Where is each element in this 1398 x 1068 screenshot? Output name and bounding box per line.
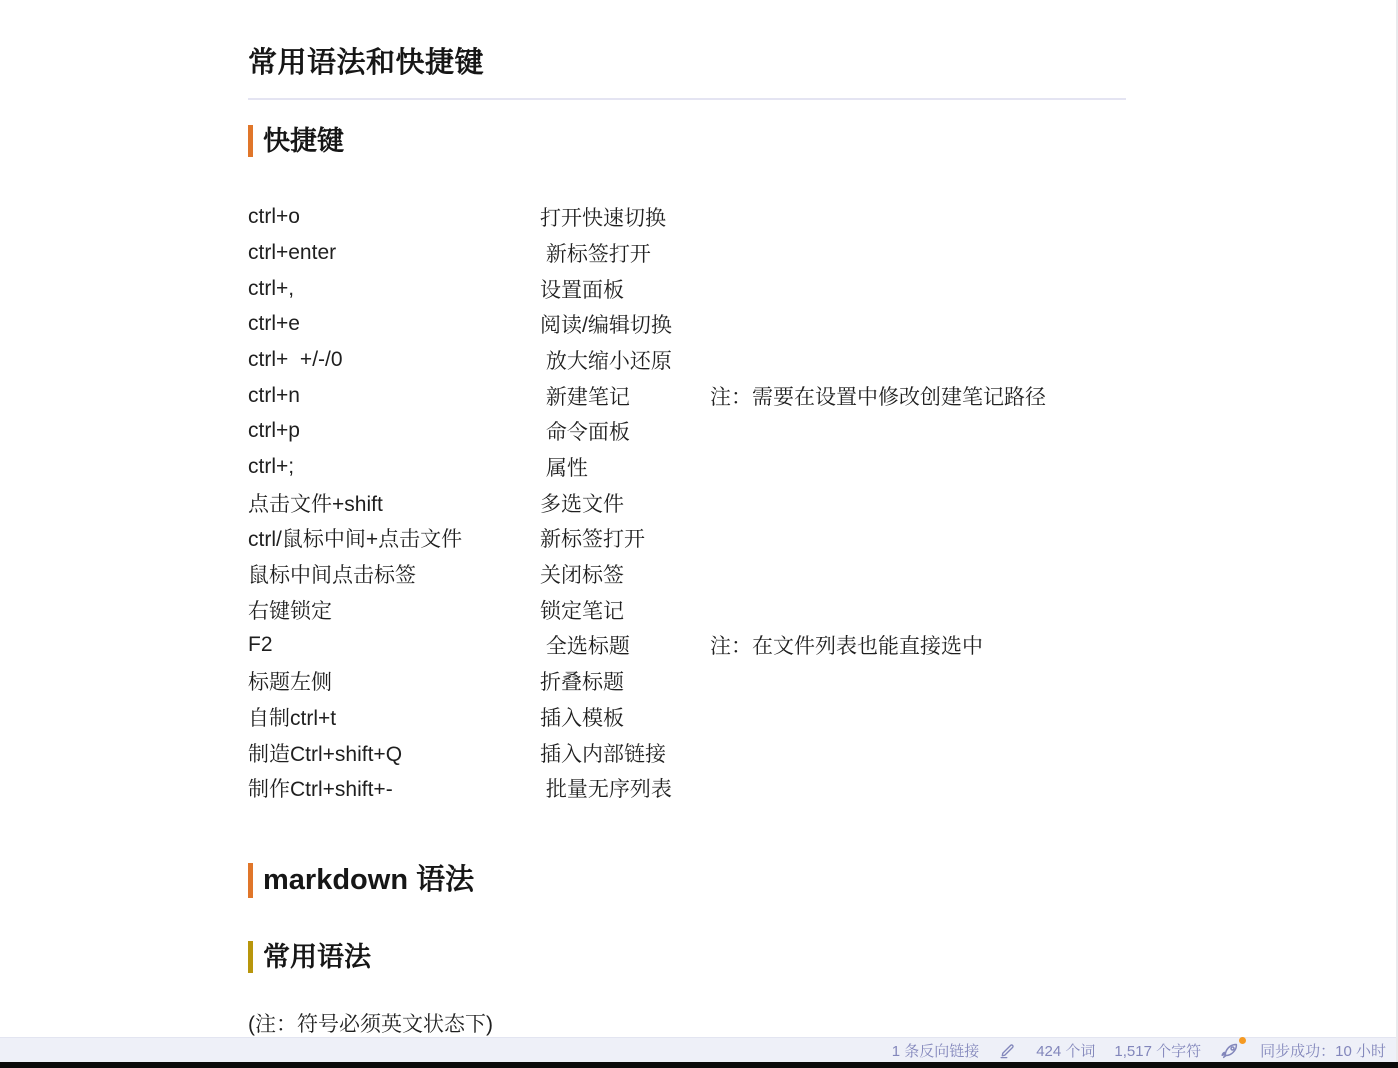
shortcut-keys: ctrl/鼠标中间+点击文件 <box>248 523 540 553</box>
shortcut-row: ctrl+enter 新标签打开 <box>248 235 1126 271</box>
shortcut-row: ctrl+; 属性 <box>248 449 1126 485</box>
shortcut-row: 标题左侧折叠标题 <box>248 663 1126 699</box>
shortcut-row: 点击文件+shift多选文件 <box>248 485 1126 521</box>
shortcut-keys: F2 <box>248 633 540 657</box>
rocket-icon[interactable] <box>1220 1040 1241 1061</box>
shortcut-action: 新标签打开 <box>540 238 710 268</box>
shortcut-action: 批量无序列表 <box>540 773 710 803</box>
shortcut-action: 全选标题 <box>540 630 710 660</box>
shortcut-action: 关闭标签 <box>540 559 710 589</box>
backlink-count[interactable]: 1 条反向链接 <box>892 1040 980 1061</box>
window-bottom-edge <box>0 1062 1398 1068</box>
shortcut-row: ctrl+p 命令面板 <box>248 414 1126 450</box>
shortcut-note: 注：需要在设置中修改创建笔记路径 <box>710 381 1126 411</box>
shortcut-action: 打开快速切换 <box>540 202 710 232</box>
syntax-note: (注：符号必须英文状态下) <box>248 1008 1126 1038</box>
shortcut-action: 命令面板 <box>540 416 710 446</box>
shortcut-list: ctrl+o打开快速切换 ctrl+enter 新标签打开 ctrl+,设置面板… <box>248 199 1126 806</box>
shortcut-note: 注：在文件列表也能直接选中 <box>710 630 1126 660</box>
shortcut-row: 制作Ctrl+shift+- 批量无序列表 <box>248 770 1126 806</box>
shortcut-row: ctrl+o打开快速切换 <box>248 199 1126 235</box>
shortcut-keys: 制造Ctrl+shift+Q <box>248 738 540 768</box>
page-title: 常用语法和快捷键 <box>248 40 1126 81</box>
shortcut-action: 插入模板 <box>540 702 710 732</box>
shortcut-row: ctrl/鼠标中间+点击文件新标签打开 <box>248 521 1126 557</box>
shortcut-row: 鼠标中间点击标签关闭标签 <box>248 556 1126 592</box>
shortcut-action: 阅读/编辑切换 <box>540 309 710 339</box>
title-divider <box>248 98 1126 100</box>
shortcut-action: 新建笔记 <box>540 381 710 411</box>
char-count: 1,517 个字符 <box>1114 1040 1201 1061</box>
shortcut-keys: ctrl+p <box>248 419 540 443</box>
pencil-icon[interactable] <box>998 1041 1017 1060</box>
shortcut-keys: ctrl+n <box>248 384 540 408</box>
shortcut-action: 新标签打开 <box>540 523 710 553</box>
word-count: 424 个词 <box>1036 1040 1095 1061</box>
sync-notification-dot <box>1239 1037 1246 1044</box>
shortcut-row: 右键锁定锁定笔记 <box>248 592 1126 628</box>
heading-common-syntax: 常用语法 <box>248 941 1126 973</box>
shortcut-action: 锁定笔记 <box>540 595 710 625</box>
shortcut-action: 放大缩小还原 <box>540 345 710 375</box>
heading-shortcuts: 快捷键 <box>248 125 1126 157</box>
shortcut-row: ctrl+,设置面板 <box>248 271 1126 307</box>
shortcut-action: 折叠标题 <box>540 666 710 696</box>
shortcut-row: ctrl+e阅读/编辑切换 <box>248 306 1126 342</box>
shortcut-keys: 自制ctrl+t <box>248 702 540 732</box>
shortcut-row: F2 全选标题注：在文件列表也能直接选中 <box>248 628 1126 664</box>
shortcut-keys: 鼠标中间点击标签 <box>248 559 540 589</box>
shortcut-keys: 右键锁定 <box>248 595 540 625</box>
status-bar: 1 条反向链接 424 个词 1,517 个字符 同步成功：10 小时 <box>0 1037 1398 1062</box>
document-reading-view: 常用语法和快捷键 快捷键 ctrl+o打开快速切换 ctrl+enter 新标签… <box>248 0 1126 1038</box>
shortcut-action: 属性 <box>540 452 710 482</box>
shortcut-keys: ctrl+enter <box>248 241 540 265</box>
shortcut-keys: ctrl+, <box>248 277 540 301</box>
shortcut-keys: ctrl+o <box>248 205 540 229</box>
sync-status[interactable]: 同步成功：10 小时 <box>1260 1040 1386 1061</box>
shortcut-keys: 制作Ctrl+shift+- <box>248 773 540 803</box>
shortcut-keys: ctrl+e <box>248 312 540 336</box>
shortcut-keys: ctrl+; <box>248 455 540 479</box>
shortcut-action: 插入内部链接 <box>540 738 710 768</box>
shortcut-row: 自制ctrl+t插入模板 <box>248 699 1126 735</box>
shortcut-keys: 点击文件+shift <box>248 488 540 518</box>
shortcut-row: ctrl+ +/-/0 放大缩小还原 <box>248 342 1126 378</box>
shortcut-action: 多选文件 <box>540 488 710 518</box>
heading-markdown-syntax: markdown 语法 <box>248 863 1126 898</box>
shortcut-action: 设置面板 <box>540 274 710 304</box>
shortcut-keys: 标题左侧 <box>248 666 540 696</box>
shortcut-row: ctrl+n 新建笔记注：需要在设置中修改创建笔记路径 <box>248 378 1126 414</box>
shortcut-keys: ctrl+ +/-/0 <box>248 348 540 372</box>
shortcut-row: 制造Ctrl+shift+Q插入内部链接 <box>248 735 1126 771</box>
